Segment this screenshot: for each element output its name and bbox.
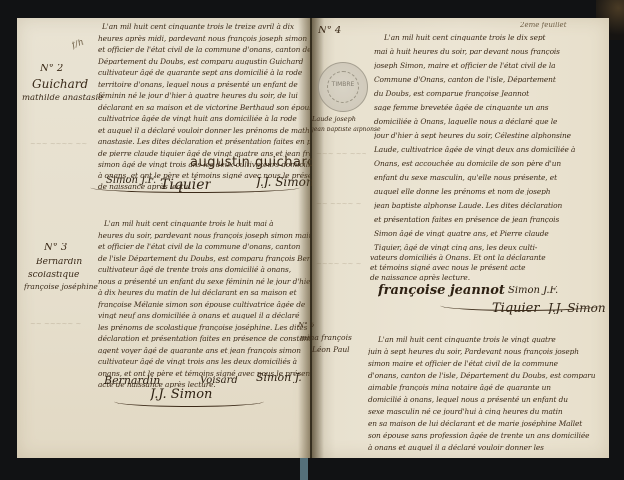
body-line: son épouse sans profession âgée de trent…: [368, 432, 600, 439]
body-line: cultivateur âgé de trente trois ans domi…: [98, 266, 310, 273]
bleed-through: ~~ ~~~~ ~: [316, 200, 366, 208]
signature-declarant: françoise jeannot: [378, 284, 505, 297]
body-line: cultivateur âgé de vingt trois ans les d…: [98, 358, 310, 365]
body-line: et officier de l'état civil de la commun…: [98, 46, 310, 53]
signature-flourish: [440, 300, 600, 311]
body-line: cultivateur âgé de quarante sept ans dom…: [98, 69, 310, 76]
body-line: à onans et auquel il a déclaré vouloir d…: [368, 444, 600, 451]
body-line: du Doubs, est comparue françoise Jeannot: [374, 90, 598, 97]
body-line: anastasie. Les dites déclaration et prés…: [98, 138, 310, 145]
body-line: Département du Doubs, est comparu august…: [98, 58, 310, 65]
signature-witness-simon: Simon J.F.: [508, 286, 558, 296]
entry-number: N° 3: [44, 243, 67, 253]
margin-surname: Laude joseph: [312, 116, 356, 123]
entry-number: N° 5: [298, 322, 314, 329]
body-line: joseph Simon, maire et officier de l'éta…: [374, 62, 598, 69]
body-line: jean baptiste alphonse Laude. Les dites …: [374, 202, 598, 209]
body-line: de l'isle Département du Doubs, est comp…: [98, 255, 310, 262]
body-line: mai à huit heures du soir, par devant no…: [374, 48, 598, 55]
body-line: et auquel il a déclaré vouloir donner le…: [98, 127, 310, 134]
body-line: Tiquier, âgé de vingt cinq ans, les deux…: [374, 244, 598, 251]
tax-stamp: TIMBRE: [318, 62, 368, 112]
body-line: simon maire et officier de l'état civil …: [368, 360, 600, 367]
body-line: Simon âgé de vingt quatre ans, et Pierre…: [374, 230, 598, 237]
margin-given-names: scolastique: [28, 271, 79, 280]
body-line: L'an mil huit cent cinquante trois le tr…: [102, 23, 310, 30]
body-line: à dix heures du matin de lui déclarant e…: [98, 289, 310, 296]
margin-surname: Bernardin: [36, 258, 82, 267]
body-line: déclarant en sa maison et de victorine B…: [98, 104, 310, 111]
signature-flourish: [114, 396, 264, 407]
body-line: cultivatrice âgée de vingt huit ans domi…: [98, 115, 310, 122]
bookmark-ribbon: [300, 458, 308, 480]
body-line: jour d'hier à sept heures du soir, Céles…: [374, 132, 598, 139]
scanned-register-spread: f/h N° 2 Guichard mathilde anastasie L'a…: [0, 0, 624, 480]
body-line: L'an mil huit cent cinquante trois le di…: [384, 34, 598, 41]
entry-number: N° 2: [40, 64, 63, 74]
body-line: Commune d'Onans, canton de l'isle, Dépar…: [374, 76, 598, 83]
body-line: agent voyer âgé de quarante ans et jean …: [98, 347, 310, 354]
body-line: et officier de l'état civil de la commun…: [98, 243, 310, 250]
margin-surname: Guichard: [32, 78, 88, 90]
body-line: les prénoms de scolastique françoise jos…: [98, 324, 310, 331]
bleed-through: ~~ ~~~~~ ~: [30, 320, 90, 328]
bleed-through: ~~~~ ~~ ~: [316, 260, 366, 268]
body-line: vateurs domiciliés à Onans. Et ont la dé…: [370, 254, 598, 261]
body-line: féminin né le jour d'hier à quatre heure…: [98, 92, 310, 99]
folio-note: 2ème feuillet: [520, 22, 567, 29]
body-line: heures après midi, pardevant nous franço…: [98, 35, 310, 42]
body-line: Laude, cultivatrice âgée de vingt deux a…: [374, 146, 598, 153]
body-line: enfant du sexe masculin, qu'elle nous pr…: [374, 174, 598, 181]
body-line: de naissance après lecture.: [370, 274, 510, 281]
body-line: et témoins signé avec nous le présent ac…: [370, 264, 598, 271]
body-line: déclaration et présentation faites en pr…: [98, 335, 310, 342]
body-line: et présentation faites en présence de je…: [374, 216, 598, 223]
body-line: L'an mil huit cent cinquante trois le vi…: [378, 336, 600, 343]
margin-given-names: mathilde anastasie: [22, 94, 103, 103]
signature-father: Bernardin: [104, 375, 160, 386]
body-line: juin à sept heures du soir, Pardevant no…: [368, 348, 600, 355]
body-line: d'onans, canton de l'isle, Département d…: [368, 372, 600, 379]
body-line: sage femme brevetée âgée de cinquante un…: [374, 104, 598, 111]
signature-father: augustin guichard: [190, 156, 316, 169]
entry-number: N° 4: [318, 26, 341, 36]
signature-witness: Voisard: [200, 376, 238, 386]
signature-witness-simon: Simon J.: [256, 372, 302, 383]
body-line: Onans, est accouchée au domicile de son …: [374, 160, 598, 167]
body-line: sexe masculin né ce jourd'hui à cinq heu…: [368, 408, 600, 415]
signature-flourish: [90, 182, 300, 193]
bleed-through: ~~~ ~~~~ ~~: [30, 140, 90, 148]
bleed-through: ~~~ ~~ ~~~: [316, 150, 366, 158]
body-line: domiciliée à Onans, laquelle nous a décl…: [374, 118, 598, 125]
margin-given-names: jean baptiste alphonse: [312, 127, 381, 133]
body-line: aimable françois mina notaire âgé de qua…: [368, 384, 600, 391]
margin-given-names: françoise joséphine: [24, 283, 98, 291]
stamp-label: TIMBRE: [319, 81, 367, 88]
body-line: françoise Mélanie simon son épouse culti…: [98, 301, 310, 308]
body-line: domicilié à onans, lequel nous a présent…: [368, 396, 600, 403]
body-line: L'an mil huit cent cinquante trois le hu…: [104, 220, 310, 227]
body-line: auquel elle donne les prénoms et nom de …: [374, 188, 598, 195]
body-line: vingt neuf ans domiciliée à onans et auq…: [98, 312, 310, 319]
margin-given-names: Léon Paul: [312, 346, 350, 354]
margin-surname: mina françois: [300, 334, 352, 342]
body-line: heures du soir, pardevant nous françois …: [98, 232, 310, 239]
body-line: territoire d'onans, lequel nous a présen…: [98, 81, 310, 88]
body-line: nous a présenté un enfant du sexe fémini…: [98, 278, 310, 285]
body-line: en sa maison de lui déclarant et de mari…: [368, 420, 600, 427]
